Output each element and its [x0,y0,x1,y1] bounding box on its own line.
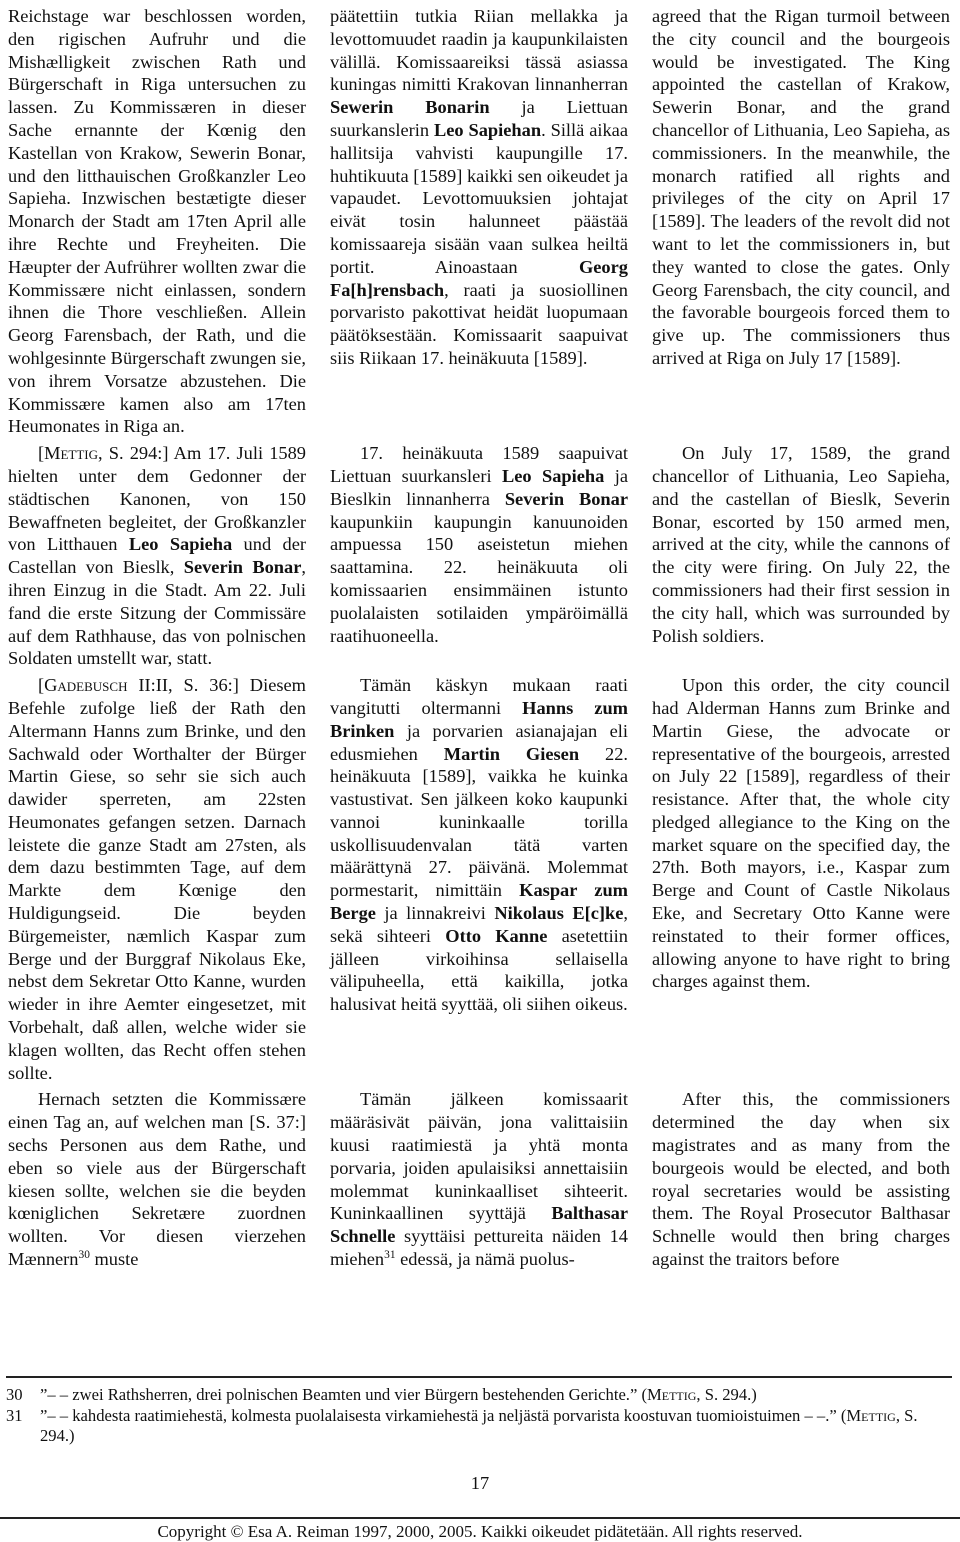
footnote-30: 30”– – zwei Rathsherren, drei polnischen… [6,1385,952,1406]
finnish-paragraph-2: 17. heinäkuuta 1589 saapuivat Liettuan s… [330,442,628,647]
footer-rule [0,1517,960,1519]
english-paragraph-4: After this, the commissioners determined… [652,1088,950,1270]
copyright-line: Copyright © Esa A. Reiman 1997, 2000, 20… [0,1522,960,1542]
page-number: 17 [0,1473,960,1494]
three-column-text-grid: Reichstage war beschlossen worden, den r… [0,0,960,1271]
finnish-paragraph-1: päätettiin tutkia Riian mellakka ja levo… [330,5,628,370]
finnish-paragraph-4: Tämän jälkeen komissaarit määräsivät päi… [330,1088,628,1270]
finnish-paragraph-3: Tämän käskyn mukaan raati vangitutti olt… [330,674,628,1016]
english-paragraph-3: Upon this order, the city council had Al… [652,674,950,993]
document-page: Reichstage war beschlossen worden, den r… [0,0,960,1542]
footnote-number: 30 [6,1385,40,1406]
footnote-text: ”– – zwei Rathsherren, drei polnischen B… [40,1385,757,1404]
german-paragraph-2: [Mettig, S. 294:] Am 17. Juli 1589 hielt… [8,442,306,670]
footnote-text: ”– – kahdesta raatimiehestä, kolmesta pu… [40,1406,918,1446]
german-paragraph-1: Reichstage war beschlossen worden, den r… [8,5,306,438]
footnote-number: 31 [6,1406,40,1427]
german-paragraph-4: Hernach setzten die Kommissære einen Tag… [8,1088,306,1270]
footnote-separator-rule [6,1376,952,1378]
german-paragraph-3: [Gadebusch II:II, S. 36:] Diesem Befehle… [8,674,306,1084]
english-paragraph-1: agreed that the Rigan turmoil between th… [652,5,950,370]
footnote-31: 31”– – kahdesta raatimiehestä, kolmesta … [6,1406,952,1447]
english-paragraph-2: On July 17, 1589, the grand chancellor o… [652,442,950,647]
footnotes-section: 30”– – zwei Rathsherren, drei polnischen… [6,1376,952,1447]
